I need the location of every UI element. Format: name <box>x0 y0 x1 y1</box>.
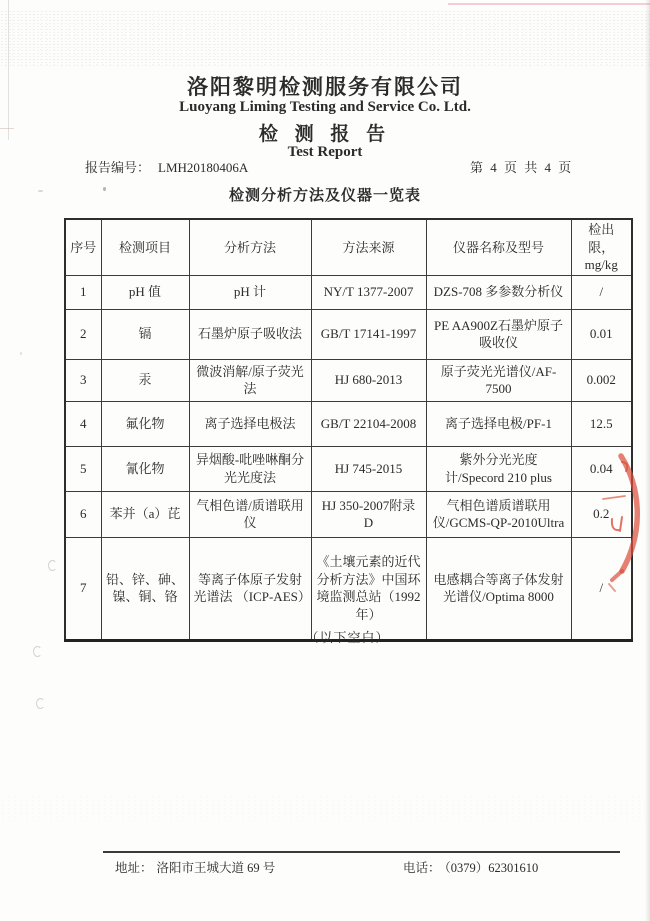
cell-test-item: 苯并（a）芘 <box>101 491 189 537</box>
table-row: 3 汞 微波消解/原子荧光法 HJ 680-2013 原子荧光光谱仪/AF-75… <box>65 359 632 401</box>
company-name-cn: 洛阳黎明检测服务有限公司 <box>0 71 650 101</box>
cell-method-source: NY/T 1377-2007 <box>311 275 426 309</box>
cell-method-source: HJ 680-2013 <box>311 359 426 401</box>
table-row: 1 pH 值 pH 计 NY/T 1377-2007 DZS-708 多参数分析… <box>65 275 632 309</box>
scan-speck <box>20 352 22 355</box>
phone-value: （0379）62301610 <box>445 861 539 875</box>
cell-detection-limit: 12.5 <box>571 401 632 446</box>
scan-noise-band-faint <box>0 795 650 821</box>
cell-method-source: HJ 745-2015 <box>311 446 426 491</box>
cell-test-item: 铅、锌、砷、镍、铜、铬 <box>101 537 189 640</box>
cell-analysis-method: 石墨炉原子吸收法 <box>189 309 311 359</box>
cell-instrument: 原子荧光光谱仪/AF-7500 <box>426 359 571 401</box>
cell-method-source: GB/T 17141-1997 <box>311 309 426 359</box>
cell-method-source: GB/T 22104-2008 <box>311 401 426 446</box>
cell-analysis-method: 微波消解/原子荧光法 <box>189 359 311 401</box>
report-number: 报告编号：LMH20180406A <box>85 157 248 176</box>
cell-instrument: PE AA900Z石墨炉原子吸收仪 <box>426 309 571 359</box>
cell-instrument: 离子选择电极/PF-1 <box>426 401 571 446</box>
header-analysis-method: 分析方法 <box>189 219 311 275</box>
cell-instrument: 紫外分光光度计/Specord 210 plus <box>426 446 571 491</box>
cell-analysis-method: 等离子体原子发射光谱法 （ICP-AES） <box>189 537 311 640</box>
table-row: 4 氟化物 离子选择电极法 GB/T 22104-2008 离子选择电极/PF-… <box>65 401 632 446</box>
cell-seq: 7 <box>65 537 101 640</box>
scan-ring-mark <box>48 560 57 571</box>
cell-analysis-method: 气相色谱/质谱联用仪 <box>189 491 311 537</box>
cell-detection-limit: 0.2 <box>571 491 632 537</box>
table-row: 2 镉 石墨炉原子吸收法 GB/T 17141-1997 PE AA900Z石墨… <box>65 309 632 359</box>
cell-seq: 3 <box>65 359 101 401</box>
page-indicator: 第 4 页 共 4 页 <box>470 157 620 176</box>
cell-test-item: 氰化物 <box>101 446 189 491</box>
table-title: 检测分析方法及仪器一览表 <box>0 184 650 205</box>
cell-detection-limit: / <box>571 537 632 640</box>
scan-noise-band <box>0 10 650 68</box>
footer-address: 地址：洛阳市王城大道 69 号 <box>115 858 275 876</box>
cell-instrument: 电感耦合等离子体发射光谱仪/Optima 8000 <box>426 537 571 640</box>
cell-detection-limit: / <box>571 275 632 309</box>
cell-method-source: HJ 350-2007附录 D <box>311 491 426 537</box>
company-name-en: Luoyang Liming Testing and Service Co. L… <box>0 99 650 116</box>
cell-seq: 1 <box>65 275 101 309</box>
cell-instrument: DZS-708 多参数分析仪 <box>426 275 571 309</box>
header-method-source: 方法来源 <box>311 219 426 275</box>
header-instrument: 仪器名称及型号 <box>426 219 571 275</box>
table-row: 7 铅、锌、砷、镍、铜、铬 等离子体原子发射光谱法 （ICP-AES） 《土壤元… <box>65 537 632 640</box>
cell-seq: 5 <box>65 446 101 491</box>
table-row: 5 氰化物 异烟酸-吡唑啉酮分光光度法 HJ 745-2015 紫外分光光度计/… <box>65 446 632 491</box>
table-row: 6 苯并（a）芘 气相色谱/质谱联用仪 HJ 350-2007附录 D 气相色谱… <box>65 491 632 537</box>
report-title-cn: 检 测 报 告 <box>0 119 650 146</box>
cell-test-item: 镉 <box>101 309 189 359</box>
header-detection-limit: 检出限，mg/kg <box>571 219 632 275</box>
report-number-value: LMH20180406A <box>158 160 248 175</box>
cell-seq: 4 <box>65 401 101 446</box>
cell-test-item: 汞 <box>101 359 189 401</box>
header-seq: 序号 <box>65 219 101 275</box>
scan-pink-edge-line <box>448 3 650 5</box>
scanned-report-page: 洛阳黎明检测服务有限公司 Luoyang Liming Testing and … <box>0 0 650 921</box>
methods-instruments-table: 序号 检测项目 分析方法 方法来源 仪器名称及型号 检出限，mg/kg 1 pH… <box>64 218 633 642</box>
below-blank-note: （以下空白） <box>64 627 631 646</box>
cell-instrument: 气相色谱质谱联用仪/GCMS-QP-2010Ultra <box>426 491 571 537</box>
address-label: 地址： <box>115 861 153 875</box>
cell-analysis-method: 离子选择电极法 <box>189 401 311 446</box>
cell-detection-limit: 0.04 <box>571 446 632 491</box>
report-number-label: 报告编号： <box>85 160 150 175</box>
cell-seq: 2 <box>65 309 101 359</box>
cell-analysis-method: 异烟酸-吡唑啉酮分光光度法 <box>189 446 311 491</box>
address-value: 洛阳市王城大道 69 号 <box>157 861 276 875</box>
cell-analysis-method: pH 计 <box>189 275 311 309</box>
cell-method-source: 《土壤元素的近代分析方法》中国环境监测总站（1992 年） <box>311 537 426 640</box>
cell-detection-limit: 0.002 <box>571 359 632 401</box>
cell-test-item: pH 值 <box>101 275 189 309</box>
cell-detection-limit: 0.01 <box>571 309 632 359</box>
footer-phone: 电话：（0379）62301610 <box>403 858 538 876</box>
cell-test-item: 氟化物 <box>101 401 189 446</box>
footer-divider <box>103 851 620 853</box>
cell-seq: 6 <box>65 491 101 537</box>
phone-label: 电话： <box>403 861 441 875</box>
scan-ring-mark <box>36 698 45 709</box>
header-test-item: 检测项目 <box>101 219 189 275</box>
scan-ring-mark <box>33 646 42 657</box>
table-header-row: 序号 检测项目 分析方法 方法来源 仪器名称及型号 检出限，mg/kg <box>65 219 632 275</box>
